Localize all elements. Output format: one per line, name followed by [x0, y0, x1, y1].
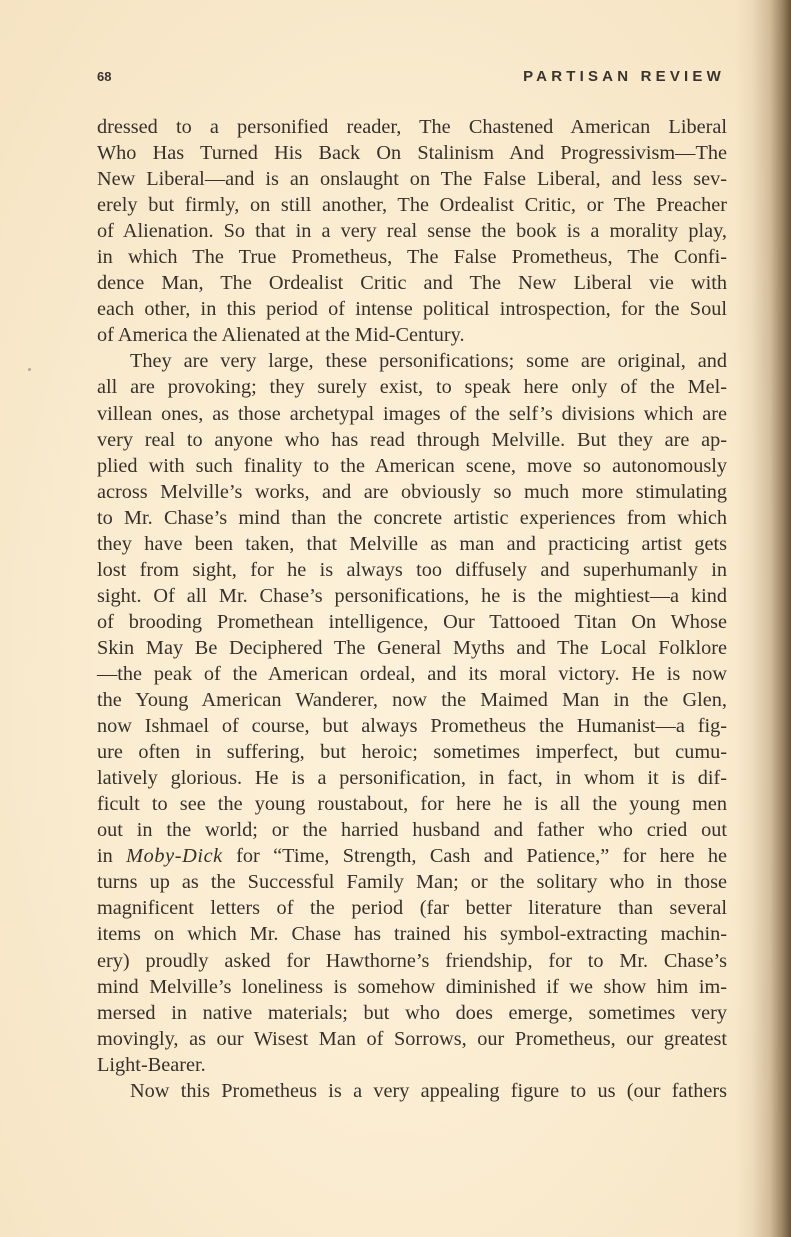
text-line: they have been taken, that Melville as m…	[97, 531, 727, 557]
text-line-with-title: in Moby-Dick for “Time, Strength, Cash a…	[97, 843, 727, 869]
text-line: of Alienation. So that in a very real se…	[97, 218, 727, 244]
text-line: magnificent letters of the period (far b…	[97, 895, 727, 921]
text-line: Skin May Be Deciphered The General Myths…	[97, 635, 727, 661]
text-line: mersed in native materials; but who does…	[97, 1000, 727, 1026]
paper-speck	[28, 368, 31, 371]
book-title-moby-dick: Moby-Dick	[126, 845, 223, 867]
text-line: mind Melville’s loneliness is somehow di…	[97, 974, 727, 1000]
journal-title: PARTISAN REVIEW	[523, 66, 725, 88]
text-line: very real to anyone who has read through…	[97, 427, 727, 453]
text-line: out in the world; or the harried husband…	[97, 817, 727, 843]
text-line: dressed to a personified reader, The Cha…	[97, 114, 727, 140]
text-line: to Mr. Chase’s mind than the concrete ar…	[97, 505, 727, 531]
text-line: dence Man, The Ordealist Critic and The …	[97, 270, 727, 296]
text-line: erely but firmly, on still another, The …	[97, 192, 727, 218]
text-line: Who Has Turned His Back On Stalinism And…	[97, 140, 727, 166]
page-number: 68	[97, 66, 111, 88]
text-line: items on which Mr. Chase has trained his…	[97, 921, 727, 947]
text-line: across Melville’s works, and are obvious…	[97, 479, 727, 505]
body-text: dressed to a personified reader, The Cha…	[97, 114, 727, 1104]
text-remainder: for “Time, Strength, Cash and Patience,”…	[236, 845, 727, 867]
text-line: the Young American Wanderer, now the Mai…	[97, 687, 727, 713]
text-line: movingly, as our Wisest Man of Sorrows, …	[97, 1026, 727, 1052]
text-line: lost from sight, for he is always too di…	[97, 557, 727, 583]
text-line: all are provoking; they surely exist, to…	[97, 374, 727, 400]
text-line: each other, in this period of intense po…	[97, 296, 727, 322]
text-line: plied with such finality to the American…	[97, 453, 727, 479]
text-line: —the peak of the American ordeal, and it…	[97, 661, 727, 687]
text-line: in which The True Prometheus, The False …	[97, 244, 727, 270]
text-line: New Liberal—and is an onslaught on The F…	[97, 166, 727, 192]
text-line: of America the Alienated at the Mid-Cent…	[97, 322, 727, 348]
text-line: now Ishmael of course, but always Promet…	[97, 713, 727, 739]
text-line: sight. Of all Mr. Chase’s personificatio…	[97, 583, 727, 609]
text-line: latively glorious. He is a personificati…	[97, 765, 727, 791]
text-line: ure often in suffering, but heroic; some…	[97, 739, 727, 765]
text-line: villean ones, as those archetypal images…	[97, 401, 727, 427]
text-line: turns up as the Successful Family Man; o…	[97, 869, 727, 895]
text-prefix: in	[97, 845, 113, 867]
text-line: ficult to see the young roustabout, for …	[97, 791, 727, 817]
running-head: 68 PARTISAN REVIEW	[97, 66, 727, 88]
paragraph-start-line: Now this Prometheus is a very appealing …	[97, 1078, 727, 1104]
text-line: ery) proudly asked for Hawthorne’s frien…	[97, 948, 727, 974]
paragraph-start-line: They are very large, these personificati…	[97, 348, 727, 374]
text-line: Light-Bearer.	[97, 1052, 727, 1078]
text-line: of brooding Promethean intelligence, Our…	[97, 609, 727, 635]
